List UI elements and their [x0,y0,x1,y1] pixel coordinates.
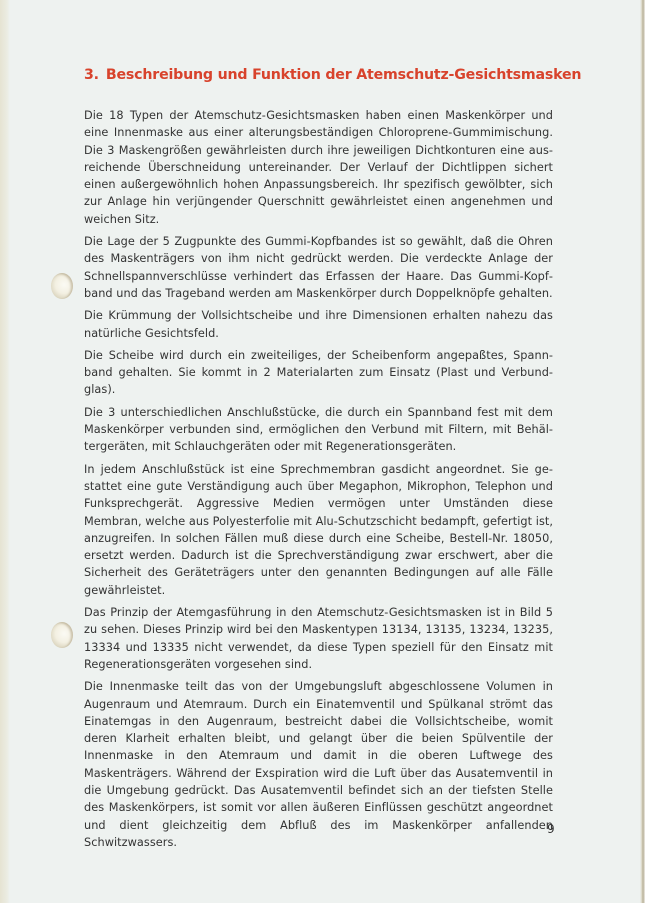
page-edge-right [640,0,645,903]
paragraph-mask-body: Die 18 Typen der Atemschutz-Gesichtsmask… [84,107,553,228]
paragraph-visor-band: Die Scheibe wird durch ein zweiteiliges,… [84,347,553,399]
page-edge-left [0,0,10,903]
punch-hole-icon [51,622,73,648]
section-title: 3.Beschreibung und Funktion der Atemschu… [84,64,553,86]
section-title-text: Beschreibung und Funktion der Atemschutz… [106,67,581,83]
paragraph-visor-curvature: Die Krümmung der Vollsichtscheibe und ih… [84,307,553,342]
punch-hole-icon [51,273,73,299]
paragraph-breathing-principle: Das Prinzip der Atemgasführung in den At… [84,604,553,673]
section-number: 3. [84,67,99,83]
paragraph-speech-membrane: In jedem Anschlußstück ist eine Sprechme… [84,461,553,599]
page-number: 9 [547,822,555,836]
paragraph-head-harness: Die Lage der 5 Zugpunkte des Gummi-Kopfb… [84,233,553,302]
paragraph-inner-mask: Die Innenmaske teilt das von der Umgebun… [84,678,553,851]
paragraph-connectors: Die 3 unterschiedlichen Anschlußstücke, … [84,404,553,456]
page-content: 3.Beschreibung und Funktion der Atemschu… [84,64,553,856]
